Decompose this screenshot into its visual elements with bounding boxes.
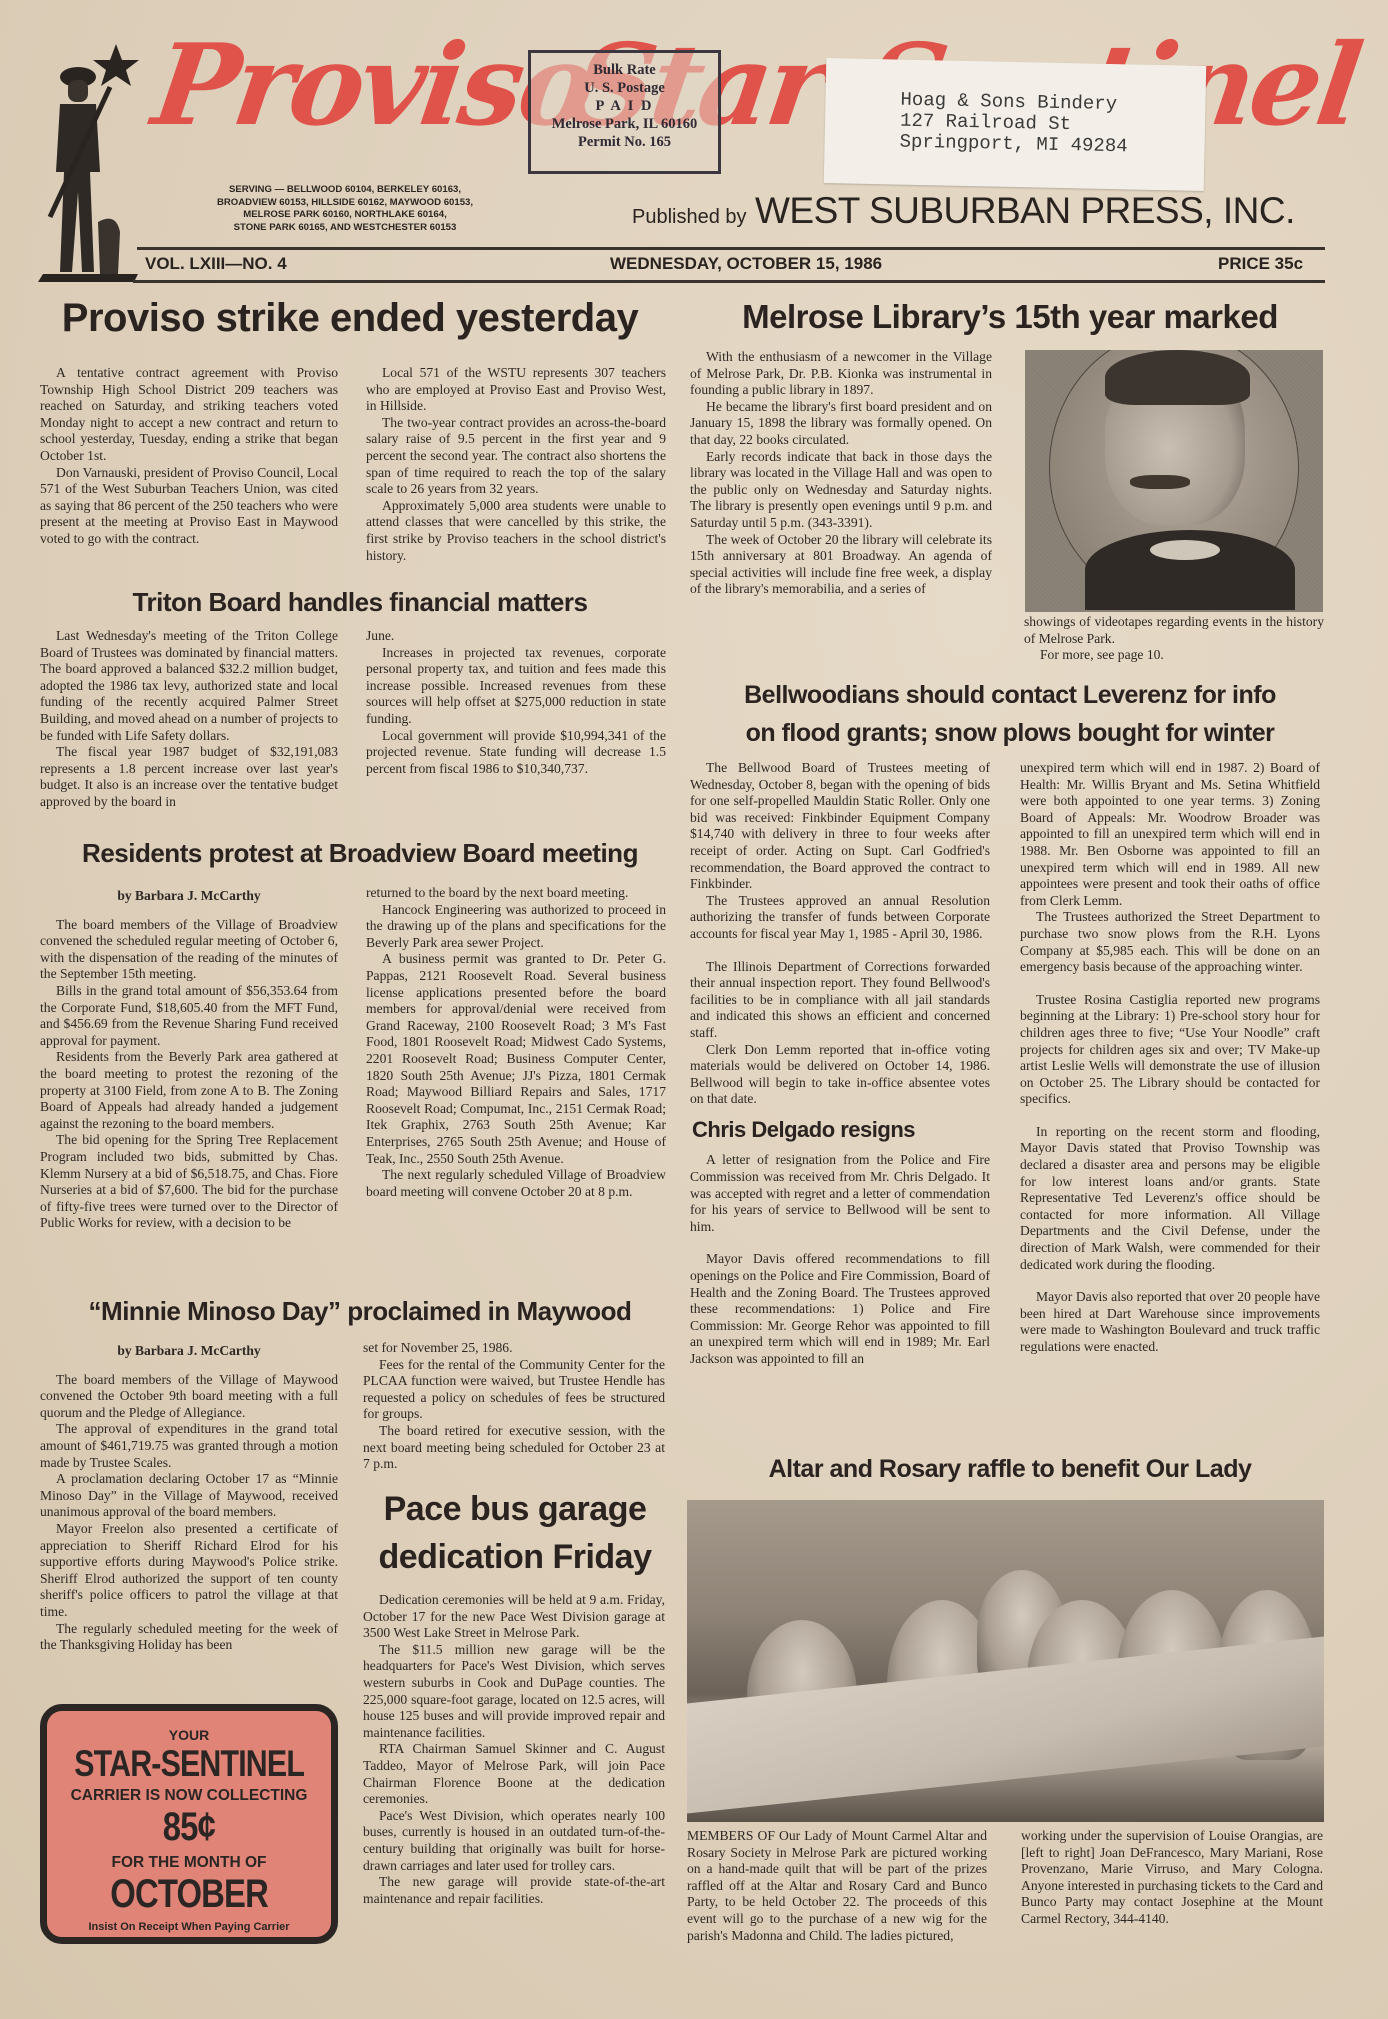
minuteman-icon (38, 42, 143, 282)
paragraph: The Trustees authorized the Street Depar… (1020, 909, 1320, 975)
carrier-collection-ad: YOUR STAR-SENTINEL CARRIER IS NOW COLLEC… (40, 1704, 338, 1944)
paragraph: returned to the board by the next board … (366, 885, 666, 902)
caption: working under the supervision of Louise … (1021, 1828, 1323, 1928)
article-broadview-col2: returned to the board by the next board … (366, 885, 666, 1200)
paragraph: Don Varnauski, president of Proviso Coun… (40, 465, 338, 548)
paragraph: The next regularly scheduled Village of … (366, 1167, 666, 1200)
paragraph: Hancock Engineering was authorized to pr… (366, 902, 666, 952)
article-bellwood-col1: The Bellwood Board of Trustees meeting o… (690, 760, 990, 1368)
paragraph: The regularly scheduled meeting for the … (40, 1621, 338, 1654)
paragraph: Early records indicate that back in thos… (690, 449, 992, 532)
headline-broadview: Residents protest at Broadview Board mee… (60, 838, 660, 869)
paragraph: Mayor Davis offered recommendations to f… (690, 1251, 990, 1367)
headline-line: on flood grants; snow plows bought for w… (710, 714, 1310, 752)
serving-line-2: BROADVIEW 60153, HILLSIDE 60162, MAYWOOD… (170, 197, 520, 210)
publisher-name: WEST SUBURBAN PRESS, INC. (755, 190, 1295, 231)
ad-line-insist: Insist On Receipt When Paying Carrier (47, 1921, 331, 1933)
paragraph: The week of October 20 the library will … (690, 532, 992, 598)
paragraph: He became the library's first board pres… (690, 399, 992, 449)
paragraph: Residents from the Beverly Park area gat… (40, 1049, 338, 1132)
serving-communities: SERVING — BELLWOOD 60104, BERKELEY 60163… (170, 184, 520, 234)
byline: by Barbara J. McCarthy (40, 888, 338, 905)
masthead-rule-bottom (133, 280, 1325, 283)
paragraph: Trustee Rosina Castiglia reported new pr… (1020, 992, 1320, 1108)
paragraph: Approximately 5,000 area students were u… (366, 498, 666, 564)
article-triton-col1: Last Wednesday's meeting of the Triton C… (40, 628, 338, 811)
paragraph: unexpired term which will end in 1987. 2… (1020, 760, 1320, 909)
price: PRICE 35c (1218, 254, 1303, 274)
article-library-col1: With the enthusiasm of a newcomer in the… (690, 349, 992, 598)
paragraph: Local government will provide $10,994,34… (366, 728, 666, 778)
ad-line-price: 85¢ (163, 1805, 215, 1850)
paragraph: With the enthusiasm of a newcomer in the… (690, 349, 992, 399)
paragraph: The board members of the Village of Broa… (40, 917, 338, 983)
headline-strike: Proviso strike ended yesterday (40, 296, 660, 341)
paragraph: A business permit was granted to Dr. Pet… (366, 951, 666, 1167)
ad-line-star-sentinel: STAR-SENTINEL (74, 1743, 304, 1785)
paragraph: Pace's West Division, which operates nea… (363, 1808, 665, 1874)
ad-line-month-of: FOR THE MONTH OF (47, 1854, 331, 1872)
photo-caption-col2: working under the supervision of Louise … (1021, 1828, 1323, 1928)
article-library-col2: showings of videotapes regarding events … (1024, 614, 1324, 664)
volume-number: VOL. LXIII—NO. 4 (145, 254, 287, 274)
paragraph: Clerk Don Lemm reported that in-office v… (690, 1042, 990, 1108)
paragraph: The fiscal year 1987 budget of $32,191,0… (40, 744, 338, 810)
headline-bellwood: Bellwoodians should contact Leverenz for… (710, 676, 1310, 752)
ad-line-october: OCTOBER (110, 1872, 268, 1917)
paragraph: The Illinois Department of Corrections f… (690, 959, 990, 1042)
headline-triton: Triton Board handles financial matters (60, 587, 660, 618)
paragraph: The board members of the Village of Mayw… (40, 1372, 338, 1422)
stamp-line-2: U. S. Postage (531, 79, 718, 97)
article-minoso-col2: set for November 25, 1986. Fees for the … (363, 1340, 665, 1473)
see-page-link: For more, see page 10. (1024, 647, 1324, 664)
headline-minoso: “Minnie Minoso Day” proclaimed in Maywoo… (60, 1296, 660, 1327)
masthead-rule-top (137, 247, 1325, 250)
paragraph: A letter of resignation from the Police … (690, 1152, 990, 1235)
headline-line: Bellwoodians should contact Leverenz for… (710, 676, 1310, 714)
byline: by Barbara J. McCarthy (40, 1343, 338, 1360)
article-pace: Dedication ceremonies will be held at 9 … (363, 1592, 665, 1907)
article-bellwood-col2: unexpired term which will end in 1987. 2… (1020, 760, 1320, 1356)
paragraph: The Trustees approved an annual Resoluti… (690, 893, 990, 943)
paragraph: set for November 25, 1986. (363, 1340, 665, 1357)
headline-line: dedication Friday (365, 1533, 665, 1581)
paragraph: A proclamation declaring October 17 as “… (40, 1471, 338, 1521)
mailing-address-label: Hoag & Sons Bindery 127 Railroad St Spri… (824, 58, 1207, 191)
article-broadview-col1: by Barbara J. McCarthy The board members… (40, 882, 338, 1232)
portrait-photo-kionka (1025, 350, 1323, 612)
serving-line-3: MELROSE PARK 60160, NORTHLAKE 60164, (170, 209, 520, 222)
stamp-line-1: Bulk Rate (531, 61, 718, 79)
headline-library: Melrose Library’s 15th year marked (700, 298, 1320, 336)
paragraph: Mayor Davis also reported that over 20 p… (1020, 1289, 1320, 1355)
quilting-group-photo (687, 1500, 1324, 1822)
article-minoso-col1: by Barbara J. McCarthy The board members… (40, 1337, 338, 1654)
paragraph: Last Wednesday's meeting of the Triton C… (40, 628, 338, 744)
paragraph: A tentative contract agreement with Prov… (40, 365, 338, 465)
publisher-line: Published by WEST SUBURBAN PRESS, INC. (632, 190, 1295, 232)
paragraph: showings of videotapes regarding events … (1024, 614, 1324, 647)
article-strike-col2: Local 571 of the WSTU represents 307 tea… (366, 365, 666, 564)
paragraph: In reporting on the recent storm and flo… (1020, 1124, 1320, 1273)
paragraph: Local 571 of the WSTU represents 307 tea… (366, 365, 666, 415)
paragraph: The board retired for executive session,… (363, 1423, 665, 1473)
paragraph: The bid opening for the Spring Tree Repl… (40, 1132, 338, 1232)
paragraph: The Bellwood Board of Trustees meeting o… (690, 760, 990, 893)
paragraph: Dedication ceremonies will be held at 9 … (363, 1592, 665, 1642)
paragraph: Increases in projected tax revenues, cor… (366, 645, 666, 728)
article-triton-col2: June. Increases in projected tax revenue… (366, 628, 666, 777)
ad-line-carrier: CARRIER IS NOW COLLECTING (47, 1787, 331, 1805)
paragraph: Fees for the rental of the Community Cen… (363, 1357, 665, 1423)
photo-caption-col1: MEMBERS OF Our Lady of Mount Carmel Alta… (687, 1828, 987, 1944)
paragraph: Mayor Freelon also presented a certifica… (40, 1521, 338, 1621)
paragraph: The new garage will provide state-of-the… (363, 1874, 665, 1907)
paragraph: RTA Chairman Samuel Skinner and C. Augus… (363, 1741, 665, 1807)
postage-stamp-box: Bulk Rate U. S. Postage P A I D Melrose … (528, 50, 721, 174)
article-strike-col1: A tentative contract agreement with Prov… (40, 365, 338, 548)
caption: MEMBERS OF Our Lady of Mount Carmel Alta… (687, 1828, 987, 1944)
serving-line-4: STONE PARK 60165, AND WESTCHESTER 60153 (170, 222, 520, 235)
paragraph: June. (366, 628, 666, 645)
stamp-line-5: Permit No. 165 (531, 133, 718, 151)
paragraph: Bills in the grand total amount of $56,3… (40, 983, 338, 1049)
stamp-line-4: Melrose Park, IL 60160 (531, 115, 718, 133)
paragraph: The two-year contract provides an across… (366, 415, 666, 498)
minuteman-logo (38, 42, 143, 282)
subhead-delgado: Chris Delgado resigns (692, 1122, 990, 1139)
published-by-label: Published by (632, 206, 747, 228)
headline-altar-rosary: Altar and Rosary raffle to benefit Our L… (700, 1455, 1320, 1484)
ad-line-your: YOUR (47, 1727, 331, 1743)
issue-date: WEDNESDAY, OCTOBER 15, 1986 (610, 254, 882, 274)
serving-line-1: SERVING — BELLWOOD 60104, BERKELEY 60163… (170, 184, 520, 197)
paragraph: The $11.5 million new garage will be the… (363, 1642, 665, 1742)
headline-pace: Pace bus garage dedication Friday (365, 1485, 665, 1581)
stamp-line-3: P A I D (531, 97, 718, 115)
headline-line: Pace bus garage (365, 1485, 665, 1533)
paragraph: The approval of expenditures in the gran… (40, 1421, 338, 1471)
